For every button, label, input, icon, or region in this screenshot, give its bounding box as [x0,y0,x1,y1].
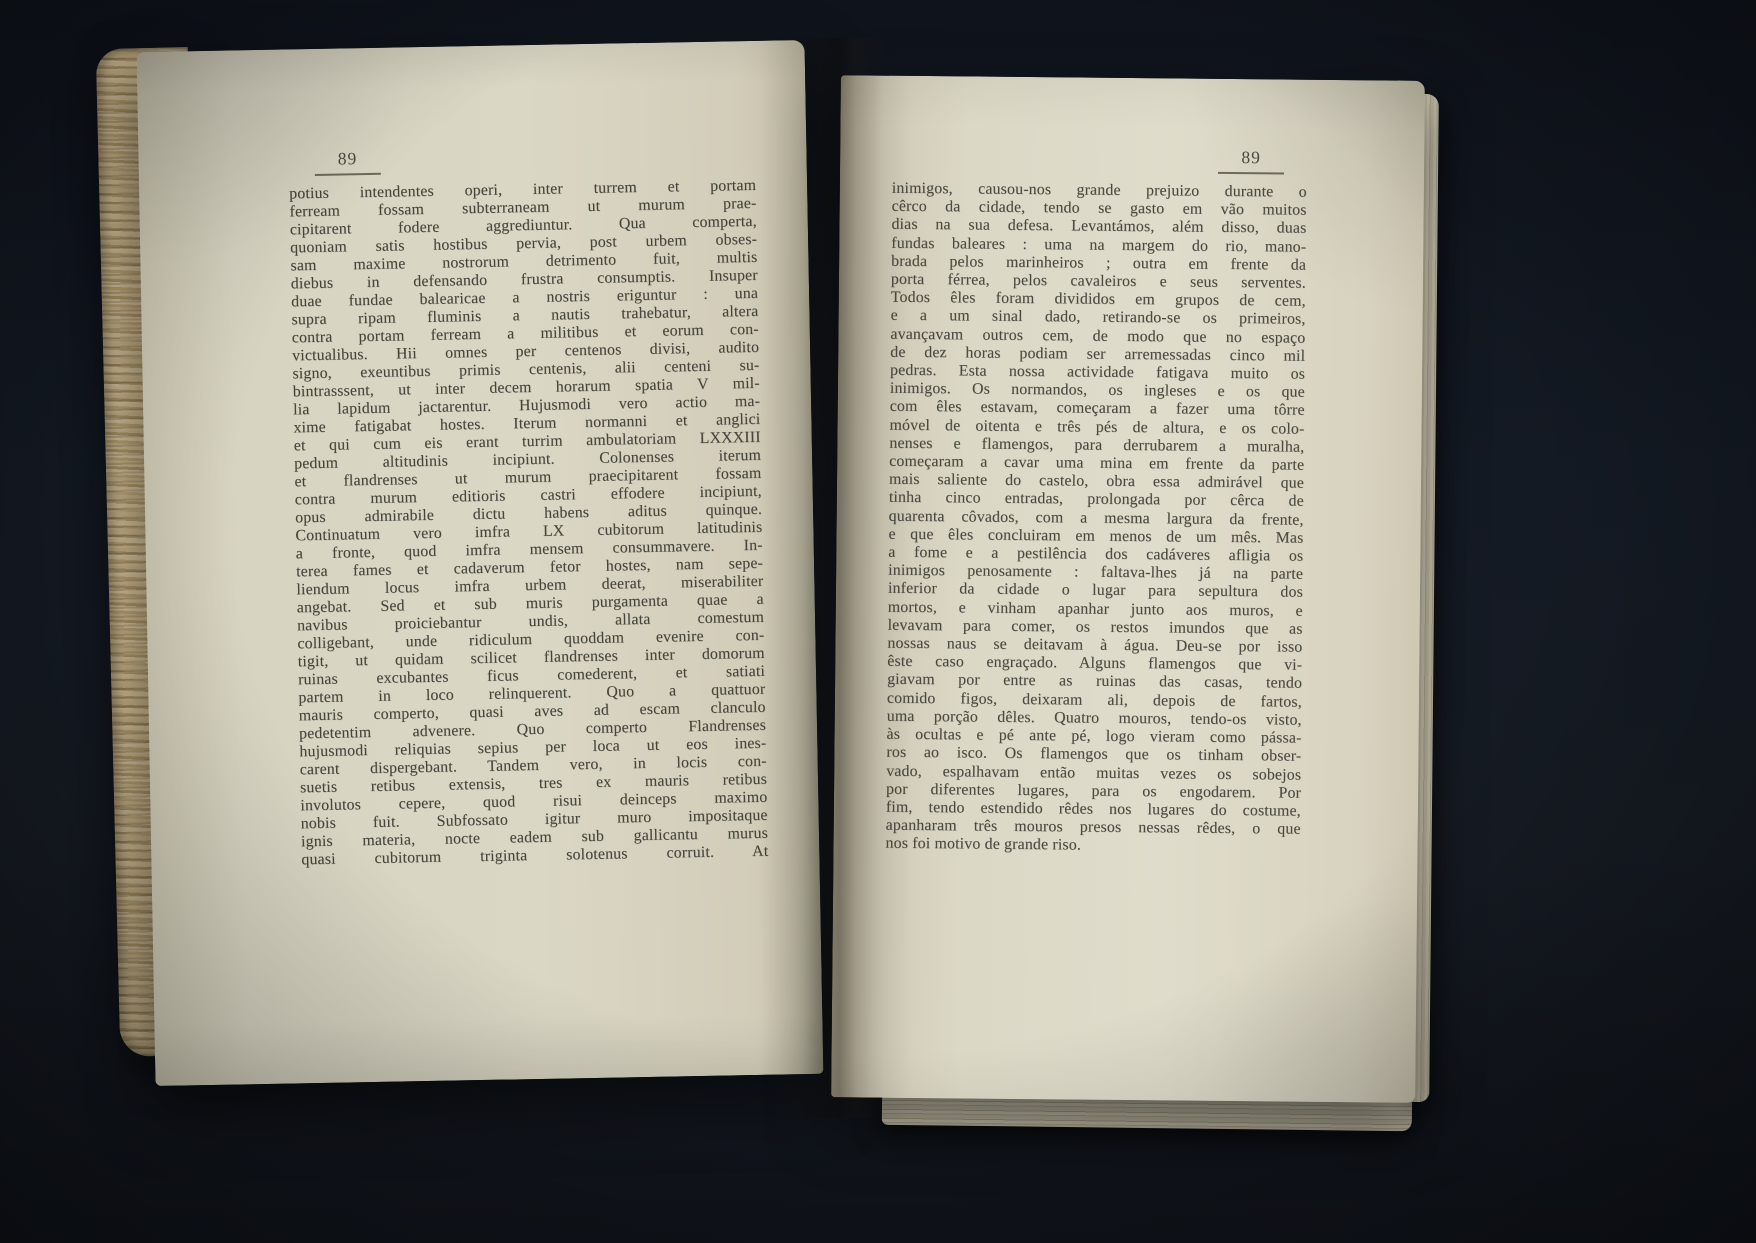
left-page: 89 potius intendentes operi, inter turre… [137,40,824,1086]
left-page-number: 89 [314,148,380,176]
right-page-text-portuguese: inimigos, causou-nos grande prejuizo dur… [885,180,1306,857]
right-page: 89 inimigos, causou-nos grande prejuizo … [831,75,1425,1103]
photo-background: 89 potius intendentes operi, inter turre… [0,0,1756,1243]
left-page-text-latin: potius intendentes operi, inter turrem e… [289,177,768,869]
right-page-number: 89 [1218,147,1284,175]
text-line: nos foi motivo de grande riso. [885,835,1300,857]
